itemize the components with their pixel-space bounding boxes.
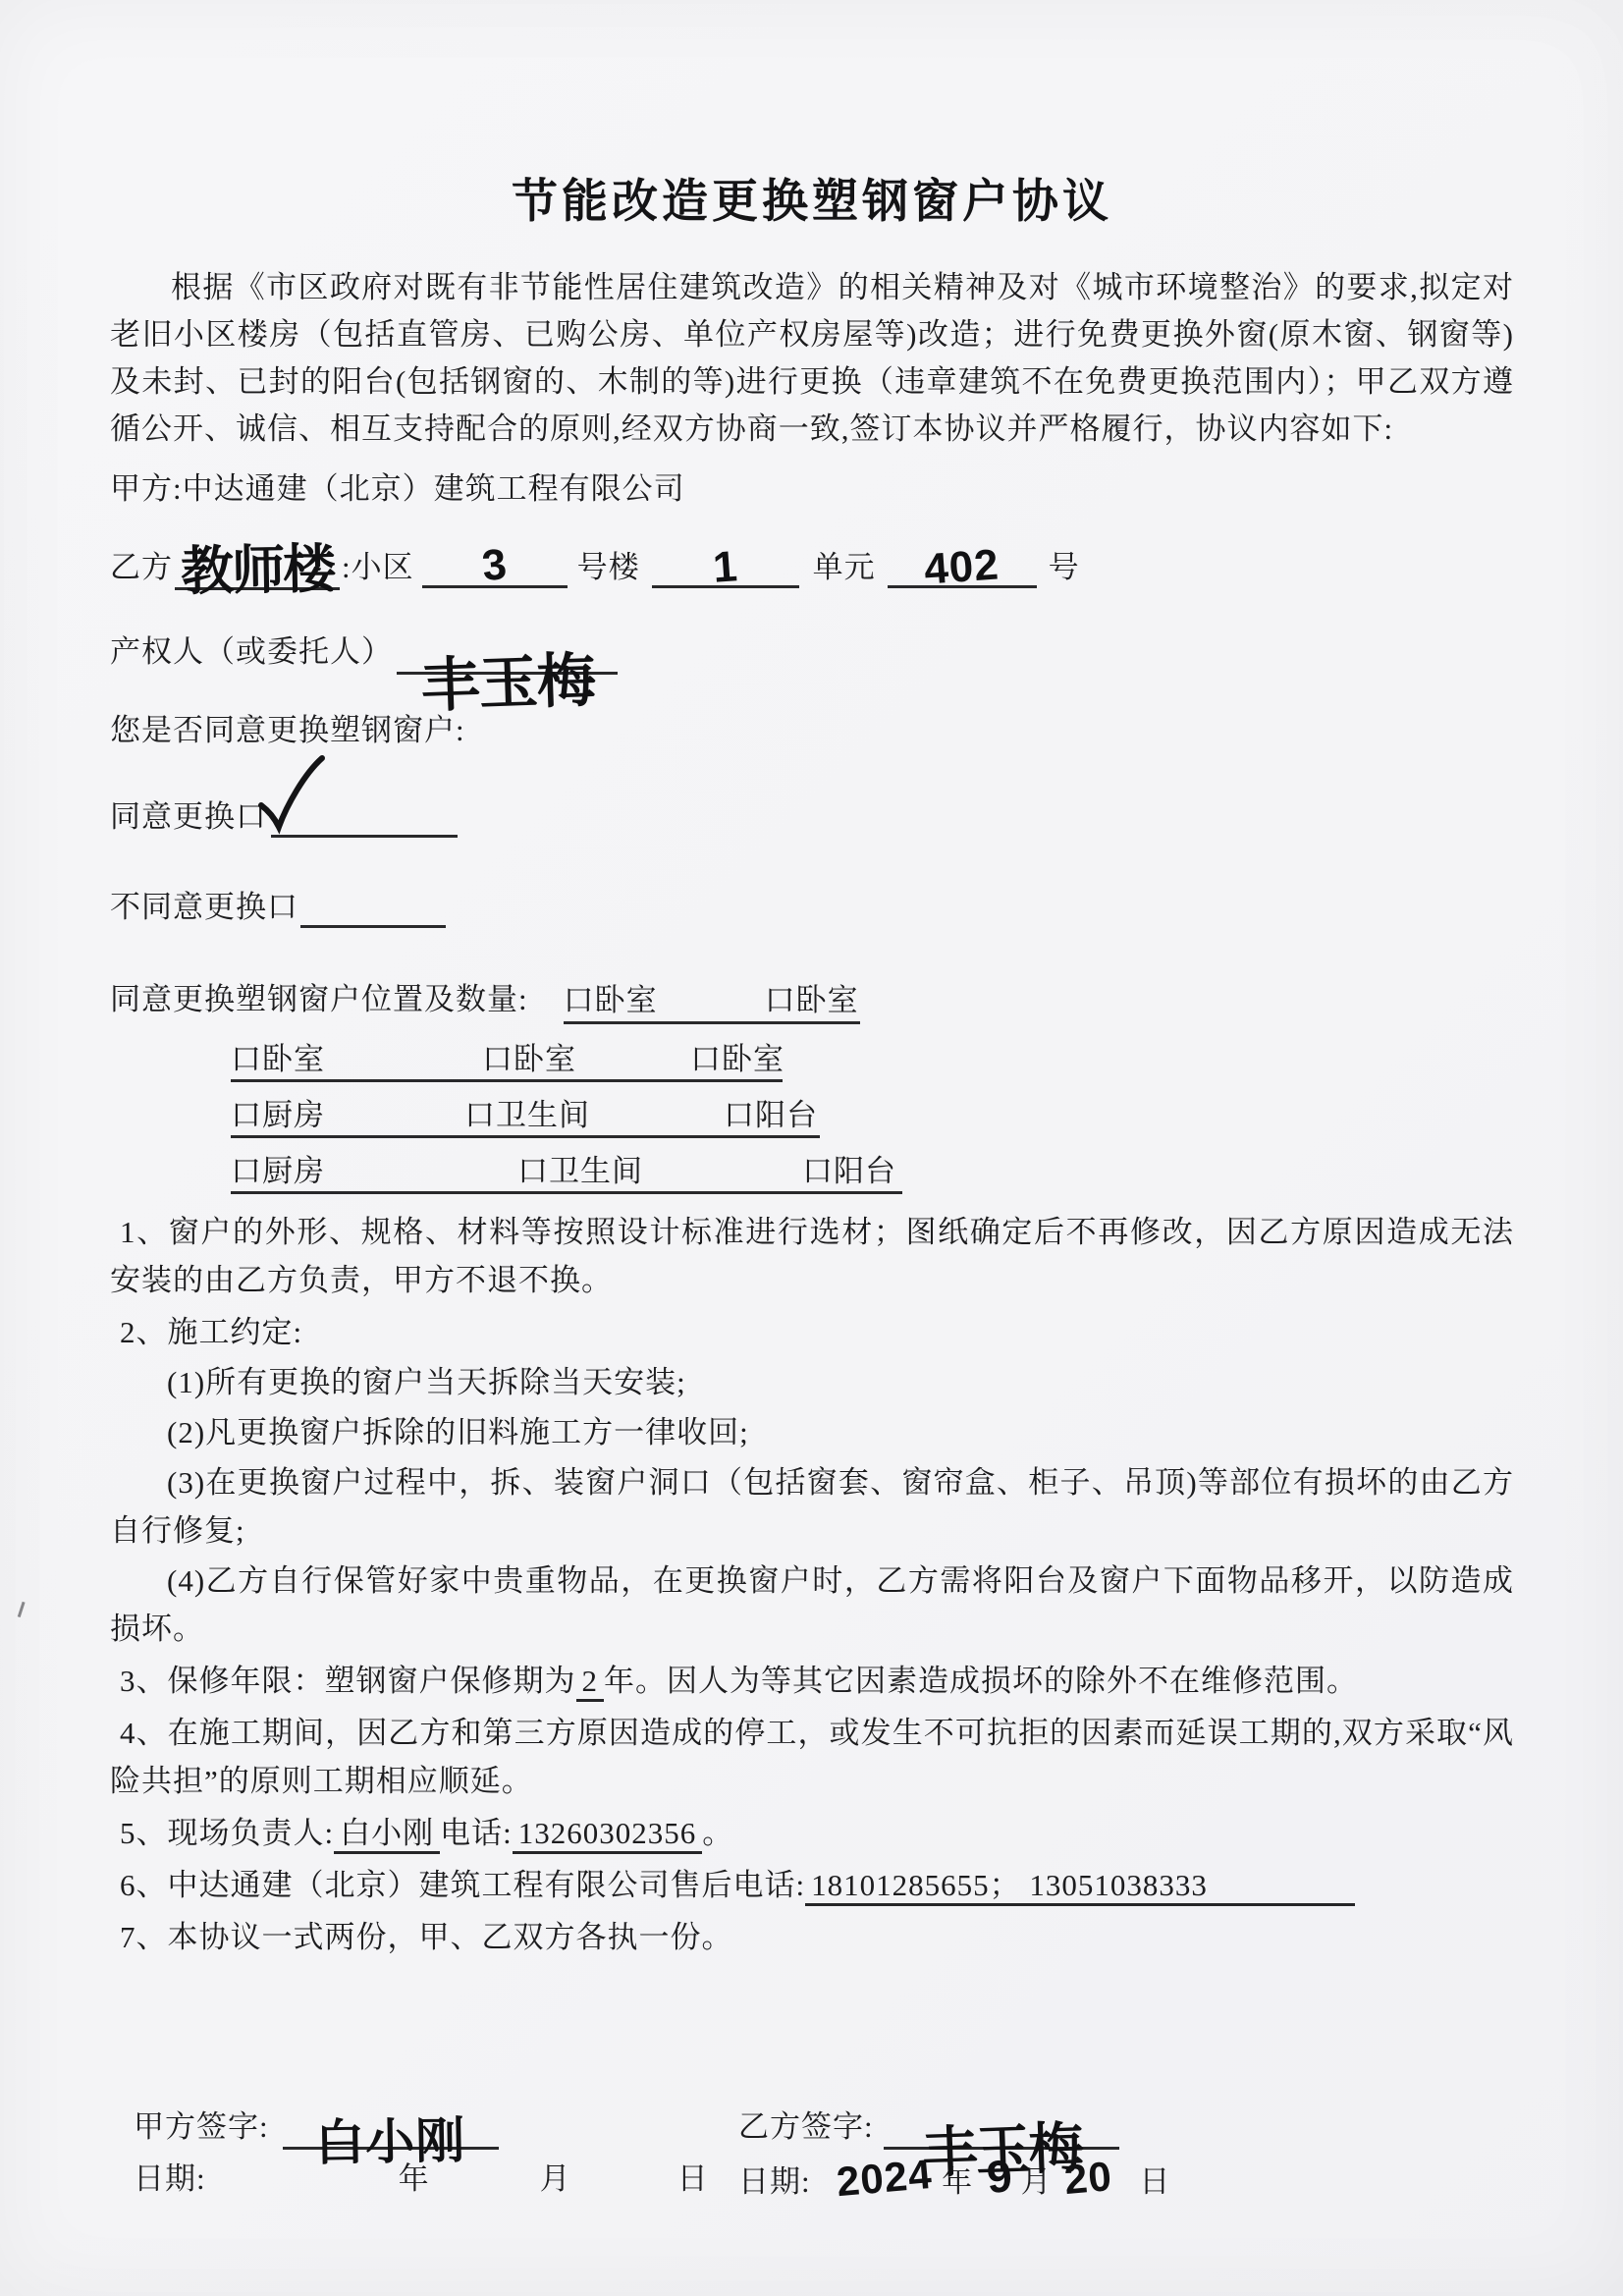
party-b-date-row: 日期: 2024 年 9 月 20 日 bbox=[738, 2154, 1514, 2209]
clause-text: 5、现场负责人: bbox=[120, 1816, 334, 1850]
clause-text: 7、本协议一式两份，甲、乙双方各执一份。 bbox=[120, 1920, 733, 1954]
party-a-signature-row: 甲方签字: 白小刚 bbox=[134, 2077, 738, 2150]
locations-row: 口厨房口卫生间口阳台 bbox=[231, 1082, 820, 1138]
clause-filled-value: 白小刚 bbox=[334, 1816, 440, 1854]
party-a-handwritten-signature: 白小刚 bbox=[315, 2116, 466, 2168]
unit-suffix-label: 号 bbox=[1049, 542, 1080, 594]
party-b-day-label: 日 bbox=[1139, 2157, 1170, 2201]
party-a-line: 甲方:中达通建（北京）建筑工程有限公司 bbox=[110, 459, 1514, 508]
scanned-agreement-page: 节能改造更换塑钢窗户协议 根据《市区政府对既有非节能性居住建筑改造》的相关精神及… bbox=[0, 0, 1623, 2296]
party-a-signature-label: 甲方签字: bbox=[134, 2102, 269, 2150]
checkbox-option: 口卫生间 bbox=[464, 1090, 590, 1134]
clause-line: 2、施工约定: bbox=[110, 1308, 1514, 1356]
signature-block: 甲方签字: 白小刚 日期: 年 月 日 乙方签字: 丰玉梅 bbox=[110, 2077, 1514, 2209]
party-b-handwritten-year: 2024 bbox=[835, 2154, 934, 2203]
disagree-blank bbox=[300, 890, 446, 928]
party-b-line: 乙方 教师楼 :小区 3 号楼 1 单元 402 号 bbox=[110, 512, 1514, 594]
disagree-option-line: 不同意更换口 bbox=[110, 875, 1514, 934]
party-b-handwritten-month: 9 bbox=[985, 2153, 1015, 2200]
building-blank: 1 bbox=[652, 542, 799, 588]
clause-text: (1)所有更换的窗户当天拆除当天安装; bbox=[167, 1365, 686, 1399]
page-title: 节能改造更换塑钢窗户协议 bbox=[110, 165, 1514, 231]
community-blank: 3 bbox=[422, 542, 568, 588]
party-a-signature-line: 白小刚 bbox=[283, 2104, 499, 2150]
clause-text: 年。因人为等其它因素造成损坏的除外不在维修范围。 bbox=[604, 1664, 1358, 1698]
clause-text: (3)在更换窗户过程中，拆、装窗户洞口（包括窗套、窗帘盒、柜子、吊顶)等部位有损… bbox=[110, 1465, 1514, 1548]
checkbox-option: 口卧室 bbox=[564, 975, 658, 1019]
clause-filled-value: 2 bbox=[576, 1664, 605, 1702]
party-b-handwritten-day: 20 bbox=[1062, 2156, 1113, 2201]
intro-paragraph: 根据《市区政府对既有非节能性居住建筑改造》的相关精神及对《城市环境整治》的要求,… bbox=[110, 264, 1514, 453]
owner-line: 产权人（或委托人） 丰玉梅 bbox=[110, 604, 1514, 681]
clause-text: 6、中达通建（北京）建筑工程有限公司售后电话: bbox=[120, 1868, 805, 1902]
clause-text: (4)乙方自行保管好家中贵重物品，在更换窗户时，乙方需将阳台及窗户下面物品移开，… bbox=[110, 1563, 1514, 1646]
checkbox-option: 口厨房 bbox=[231, 1146, 325, 1190]
building-label: 号楼 bbox=[577, 542, 640, 594]
party-b-signature-label: 乙方签字: bbox=[738, 2102, 874, 2150]
disagree-label: 不同意更换口 bbox=[110, 882, 298, 934]
clause-line: 7、本协议一式两份，甲、乙双方各执一份。 bbox=[110, 1913, 1514, 1961]
consent-question-line: 您是否同意更换塑钢窗户: bbox=[110, 698, 1514, 749]
checkbox-option: 口卫生间 bbox=[517, 1146, 643, 1190]
clause-line: (4)乙方自行保管好家中贵重物品，在更换窗户时，乙方需将阳台及窗户下面物品移开，… bbox=[110, 1557, 1514, 1653]
locations-header-options: 口卧室口卧室 bbox=[564, 972, 860, 1024]
checkbox-option: 口阳台 bbox=[802, 1146, 896, 1190]
clause-line: 6、中达通建（北京）建筑工程有限公司售后电话:18101285655； 1305… bbox=[110, 1861, 1514, 1909]
clause-filled-value: 13260302356 bbox=[513, 1816, 703, 1854]
locations-row: 口厨房口卫生间口阳台 bbox=[231, 1138, 902, 1194]
clause-text: 1、窗户的外形、规格、材料等按照设计标准进行选材；图纸确定后不再修改，因乙方原因… bbox=[110, 1215, 1514, 1297]
party-a-month-label: 月 bbox=[540, 2154, 571, 2198]
agree-blank bbox=[271, 799, 458, 838]
agree-option-line: 同意更换口 bbox=[110, 785, 1514, 844]
party-a-date-label: 日期: bbox=[134, 2154, 206, 2198]
party-b-name-blank: 教师楼 bbox=[175, 534, 340, 590]
clause-line: 1、窗户的外形、规格、材料等按照设计标准进行选材；图纸确定后不再修改，因乙方原因… bbox=[110, 1208, 1514, 1304]
community-handwritten-value: 3 bbox=[480, 543, 510, 588]
checkbox-option: 口卧室 bbox=[482, 1034, 576, 1078]
clause-text: 4、在施工期间，因乙方和第三方原因造成的停工，或发生不可抗拒的因素而延误工期的,… bbox=[110, 1716, 1514, 1798]
owner-signature-blank: 丰玉梅 bbox=[397, 632, 618, 675]
unit-handwritten-value: 402 bbox=[923, 543, 1001, 591]
party-b-signature-row: 乙方签字: 丰玉梅 bbox=[738, 2077, 1514, 2150]
party-a-signature-column: 甲方签字: 白小刚 日期: 年 月 日 bbox=[110, 2077, 738, 2209]
party-b-signature-line: 丰玉梅 bbox=[884, 2104, 1119, 2150]
clause-text: 。 bbox=[702, 1816, 733, 1850]
clause-text: 电话: bbox=[440, 1816, 513, 1850]
checkbox-option: 口卧室 bbox=[765, 975, 859, 1019]
owner-label: 产权人（或委托人） bbox=[110, 627, 393, 681]
clause-text: 2、施工约定: bbox=[120, 1315, 302, 1349]
party-a-text: 甲方:中达通建（北京）建筑工程有限公司 bbox=[110, 464, 685, 508]
clause-filled-value: 18101285655； 13051038333 bbox=[805, 1868, 1355, 1906]
clause-line: 3、保修年限：塑钢窗户保修期为2年。因人为等其它因素造成损坏的除外不在维修范围。 bbox=[110, 1657, 1514, 1705]
building-handwritten-value: 1 bbox=[712, 545, 739, 590]
agree-checkmark-icon bbox=[253, 752, 348, 837]
consent-question: 您是否同意更换塑钢窗户: bbox=[110, 705, 465, 749]
clause-line: 4、在施工期间，因乙方和第三方原因造成的停工，或发生不可抗拒的因素而延误工期的,… bbox=[110, 1709, 1514, 1805]
clause-text: 3、保修年限：塑钢窗户保修期为 bbox=[120, 1664, 576, 1698]
clause-line: 5、现场负责人:白小刚电话:13260302356。 bbox=[110, 1809, 1514, 1857]
agree-label: 同意更换口 bbox=[110, 792, 267, 844]
locations-row: 口卧室口卧室口卧室 bbox=[231, 1026, 783, 1082]
clauses-section: 1、窗户的外形、规格、材料等按照设计标准进行选材；图纸确定后不再修改，因乙方原因… bbox=[110, 1208, 1514, 1961]
party-b-handwritten-name: 教师楼 bbox=[181, 543, 335, 599]
locations-header-label: 同意更换塑钢窗户位置及数量: bbox=[110, 974, 528, 1024]
community-label: :小区 bbox=[342, 542, 414, 594]
clause-line: (2)凡更换窗户拆除的旧料施工方一律收回; bbox=[110, 1408, 1514, 1456]
party-b-date-label: 日期: bbox=[738, 2157, 811, 2201]
party-a-day-label: 日 bbox=[677, 2154, 709, 2198]
checkbox-option: 口卧室 bbox=[231, 1034, 325, 1078]
clause-line: (1)所有更换的窗户当天拆除当天安装; bbox=[110, 1358, 1514, 1406]
checkbox-option: 口阳台 bbox=[724, 1090, 818, 1134]
clause-line: (3)在更换窗户过程中，拆、装窗户洞口（包括窗套、窗帘盒、柜子、吊顶)等部位有损… bbox=[110, 1458, 1514, 1555]
party-b-signature-column: 乙方签字: 丰玉梅 日期: 2024 年 9 月 20 日 bbox=[738, 2077, 1514, 2209]
checkbox-option: 口卧室 bbox=[690, 1034, 784, 1078]
unit-blank: 402 bbox=[888, 542, 1037, 588]
party-b-label: 乙方 bbox=[110, 542, 173, 594]
checkbox-option: 口厨房 bbox=[231, 1090, 325, 1134]
document-content: 节能改造更换塑钢窗户协议 根据《市区政府对既有非节能性居住建筑改造》的相关精神及… bbox=[110, 165, 1514, 2209]
clause-text: (2)凡更换窗户拆除的旧料施工方一律收回; bbox=[167, 1415, 749, 1449]
unit-label: 单元 bbox=[813, 542, 876, 594]
locations-rows: 口卧室口卧室口卧室口厨房口卫生间口阳台口厨房口卫生间口阳台 bbox=[110, 1026, 1514, 1194]
locations-header-line: 同意更换塑钢窗户位置及数量: 口卧室口卧室 bbox=[110, 969, 1514, 1024]
scan-speckle bbox=[18, 1602, 31, 1619]
